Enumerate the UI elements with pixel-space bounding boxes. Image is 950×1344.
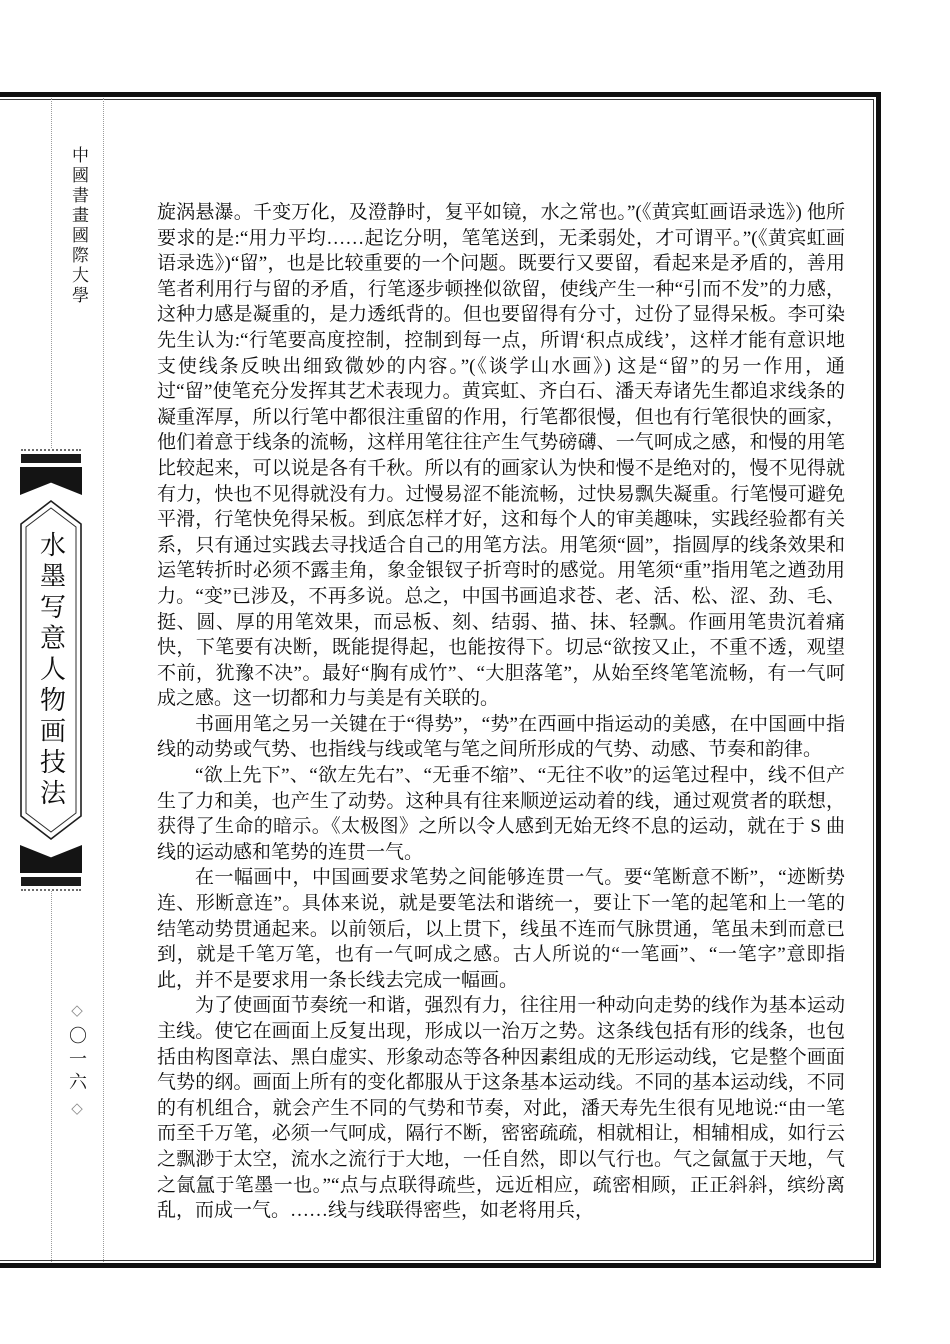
banner-dotted-rule-bottom <box>21 889 81 891</box>
paragraph: 为了使画面节奏统一和谐，强烈有力，往往用一种动向走势的线作为基本运动主线。使它在… <box>157 993 845 1223</box>
banner-dotted-rule-top <box>21 449 81 451</box>
page-number-block: ◇ 〇一六 ◇ <box>51 1004 103 1117</box>
university-name: 中國書畫國際大學 <box>66 146 91 306</box>
left-rail-rule-inner <box>103 98 104 1262</box>
hexagon-frame: 水墨写意人物画技法 <box>20 500 82 840</box>
ribbon-bottom-icon <box>20 845 82 873</box>
paragraph: 在一幅画中，中国画要求笔势之间能够连贯一气。要“笔断意不断”，“迹断势连、形断意… <box>157 865 845 993</box>
ribbon-top-icon <box>20 467 82 495</box>
book-page: 中國書畫國際大學 水墨写意人物画技法 ◇ 〇一六 ◇ 旋涡悬瀑。千变万化，及澄静… <box>0 0 950 1344</box>
paragraph: 旋涡悬瀑。千变万化，及澄静时，复平如镜，水之常也。”(《黄宾虹画语录选》) 他所… <box>157 200 845 712</box>
paragraph: “欲上先下”、“欲左先右”、“无垂不缩”、“无往不收”的运笔过程中，线不但产生了… <box>157 763 845 865</box>
diamond-ornament-icon: ◇ <box>71 1004 83 1019</box>
series-title-banner: 水墨写意人物画技法 <box>20 449 82 891</box>
page-number: 〇一六 <box>64 1026 90 1095</box>
banner-halftone-bar-bottom <box>21 877 81 886</box>
paragraph: 书画用笔之另一关键在于“得势”，“势”在西画中指运动的美感，在中国画中指线的动势… <box>157 712 845 763</box>
diamond-ornament-icon: ◇ <box>71 1102 83 1117</box>
body-text: 旋涡悬瀑。千变万化，及澄静时，复平如镜，水之常也。”(《黄宾虹画语录选》) 他所… <box>157 200 845 1224</box>
series-title: 水墨写意人物画技法 <box>20 500 82 840</box>
banner-halftone-bar-top <box>21 454 81 463</box>
